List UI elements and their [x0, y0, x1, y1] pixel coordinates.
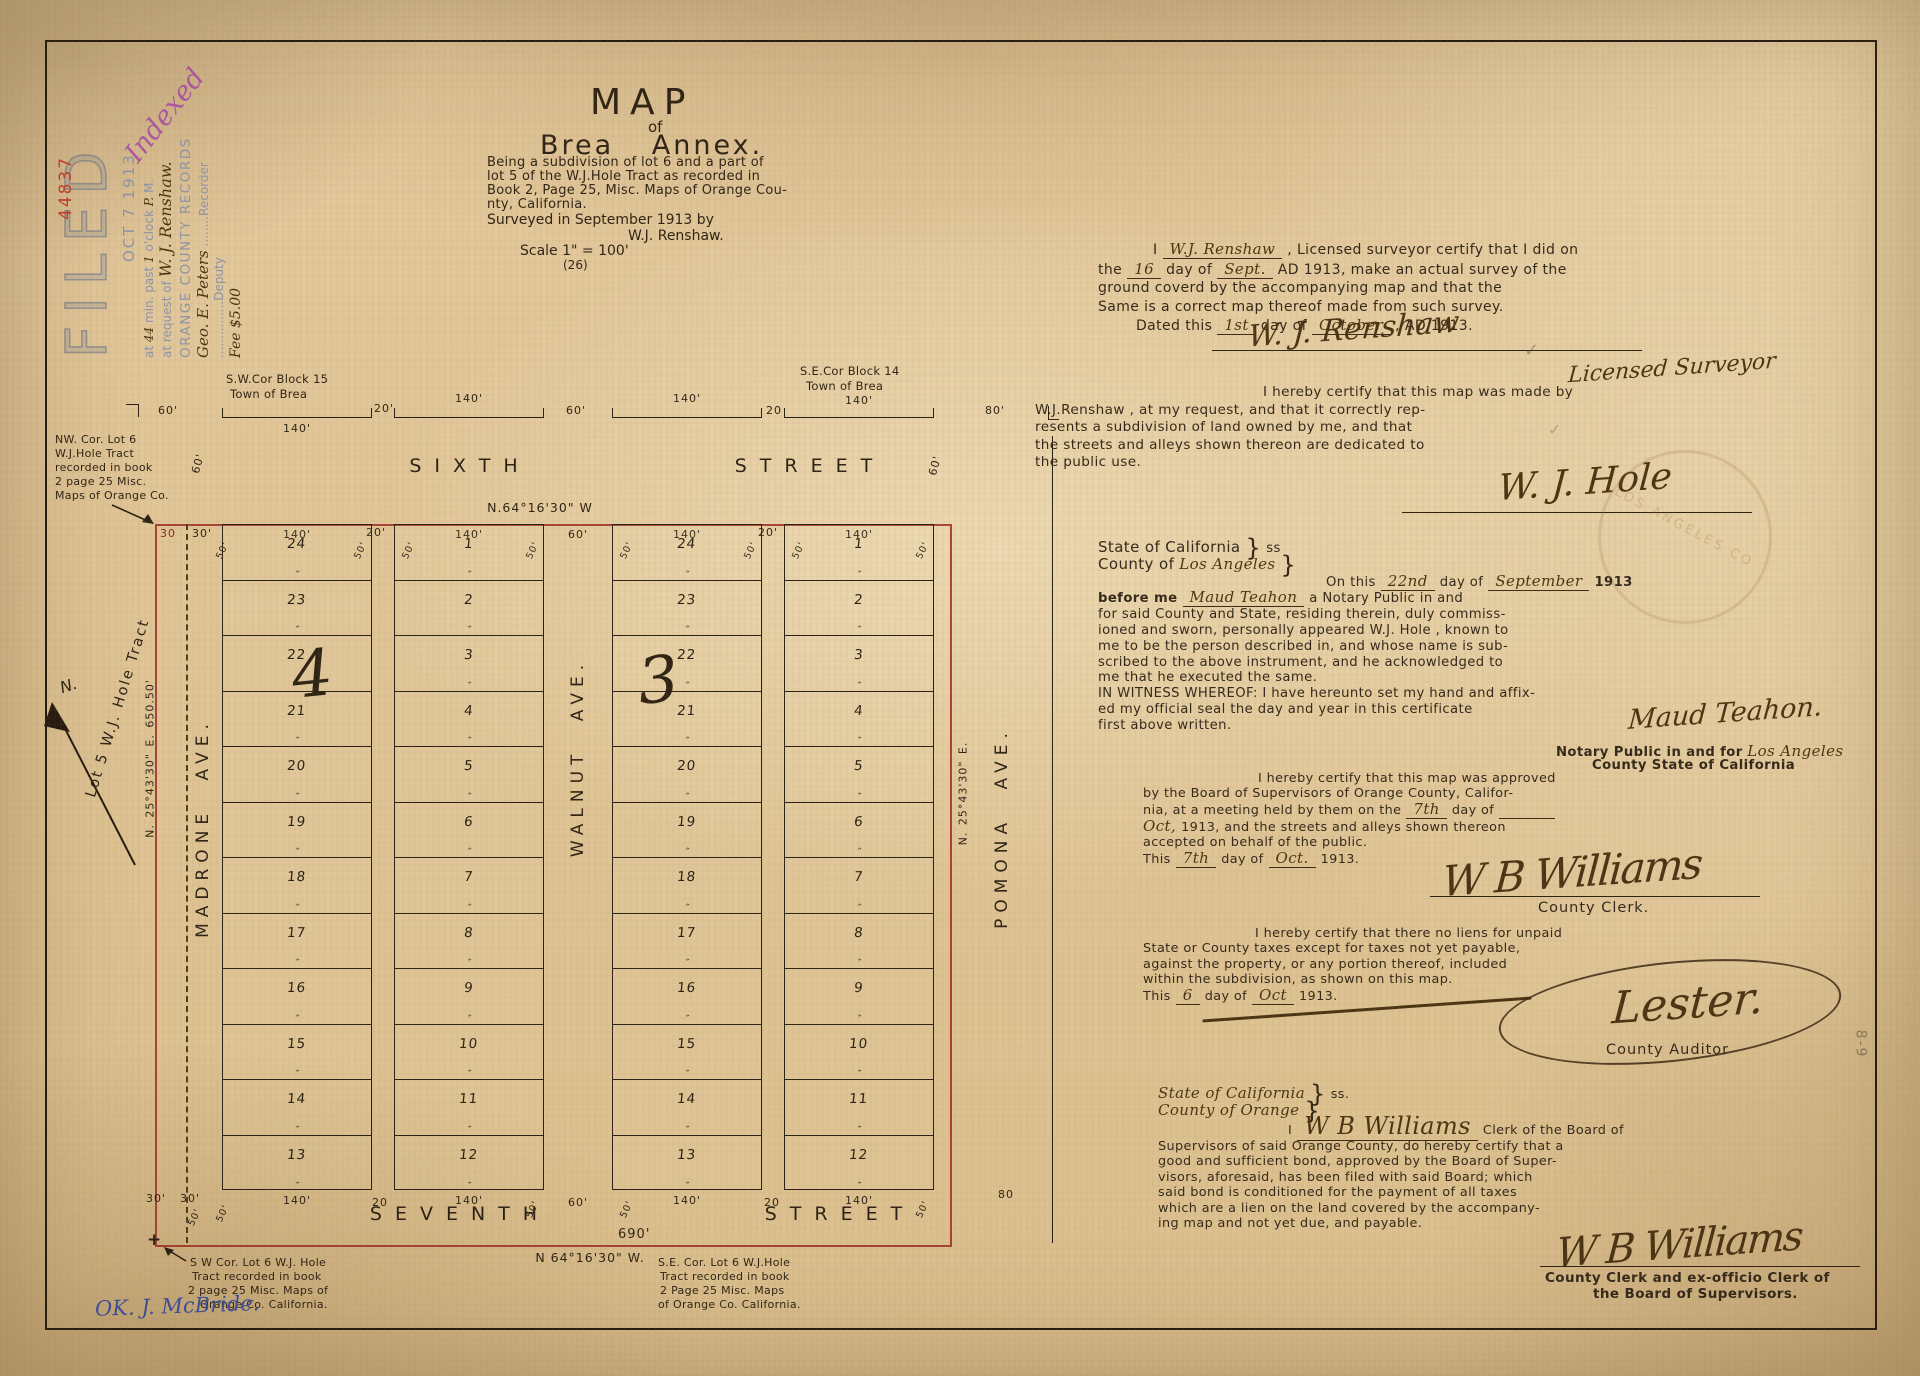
dim-bracket [394, 408, 544, 418]
map-title: MAP [590, 82, 694, 123]
cert-line: first above written. [1098, 718, 1638, 734]
corner-se-line: 2 Page 25 Misc. Maps [660, 1284, 784, 1298]
lot-number: 4 [463, 703, 474, 719]
lot-12-block-4: 12″ [395, 1136, 543, 1192]
dim-label: 140' [612, 392, 762, 405]
lot-number: 2 [463, 592, 474, 608]
lot-number: 6 [853, 814, 864, 830]
dim-label: 30 [160, 527, 176, 540]
title-desc-line: Book 2, Page 25, Misc. Maps of Orange Co… [487, 184, 787, 198]
lot-number: 1 [853, 536, 864, 552]
ditto-mark: ″ [684, 1069, 690, 1080]
cert-line: Oct,1913, and the streets and alleys sho… [1143, 819, 1561, 836]
cert-line: This6day ofOct1913. [1143, 988, 1567, 1004]
dim-bracket [612, 408, 762, 418]
cert-line: me to be the person described in, and wh… [1098, 639, 1638, 655]
lot-number: 17 [677, 925, 698, 941]
title-surveyed: Surveyed in September 1913 by [487, 212, 714, 228]
cert-line: ing map and not yet due, and payable. [1158, 1216, 1629, 1232]
dim-bracket [222, 408, 372, 418]
filed-time-label: M. [142, 179, 156, 193]
filed-fee: Fee $5.00 [228, 46, 244, 358]
filed-time-label: min. past [142, 267, 156, 323]
lot-5-block-3: 5″ [785, 747, 933, 803]
ditto-mark: ″ [856, 569, 862, 580]
ditto-mark: ″ [294, 569, 300, 580]
title-scale: Scale 1" = 100' [520, 243, 629, 259]
lot-11-block-4: 11″ [395, 1080, 543, 1136]
cert-line: against the property, or any portion the… [1143, 957, 1567, 972]
ditto-mark: ″ [466, 791, 472, 802]
cert-line: before meMaud Teahona Notary Public in a… [1098, 590, 1638, 607]
lot-16-block-4: 16″ [223, 969, 371, 1025]
ditto-mark: ″ [856, 625, 862, 636]
lot-number: 11 [459, 1091, 480, 1107]
ditto-mark: ″ [856, 1181, 862, 1192]
signature-line [1430, 896, 1760, 897]
corner-nw-line: 2 page 25 Misc. [55, 475, 146, 489]
title-desc-line: lot 5 of the W.J.Hole Tract as recorded … [487, 170, 760, 184]
lot-9-block-3: 9″ [785, 969, 933, 1025]
ditto-mark: ″ [294, 1013, 300, 1024]
cert-line: me that he executed the same. [1098, 670, 1638, 686]
ditto-mark: ″ [684, 902, 690, 913]
title-surveyor: W.J. Renshaw. [628, 228, 724, 244]
lot-3-block-3: 3″ [785, 636, 933, 692]
corner-swb15-line: S.W.Cor Block 15 [226, 372, 328, 386]
cert-line: for said County and State, residing ther… [1098, 607, 1638, 623]
cert-bond-title: County Clerk and ex-officio Clerk of [1545, 1270, 1830, 1286]
lot-number: 16 [677, 980, 698, 996]
lot-24-block-4: 24″ [223, 525, 371, 581]
dim-label: 60' [158, 404, 178, 417]
lot-number: 3 [853, 647, 864, 663]
cert-owner: I hereby certify that this map was made … [1035, 384, 1578, 472]
ditto-mark: ″ [684, 569, 690, 580]
ditto-mark: ″ [684, 847, 690, 858]
filed-requester: W. J. Renshaw. [156, 161, 175, 277]
ditto-mark: ″ [856, 1013, 862, 1024]
lot-number: 23 [287, 592, 308, 608]
cert-auditor-title: County Auditor [1606, 1042, 1729, 1058]
cert-line: State or County taxes except for taxes n… [1143, 941, 1567, 956]
ditto-mark: ″ [466, 1069, 472, 1080]
title-sheet-number: (26) [563, 258, 588, 272]
ditto-mark: ″ [466, 1013, 472, 1024]
cert-notary-title: County State of California [1592, 758, 1795, 773]
cert-line: scribed to the above instrument, and he … [1098, 655, 1638, 671]
ditto-mark: ″ [684, 625, 690, 636]
dim-label: 140' [784, 394, 934, 407]
lot-8-block-3: 8″ [785, 914, 933, 970]
ditto-mark: ″ [294, 847, 300, 858]
lot-14-block-4: 14″ [223, 1080, 371, 1136]
lot-number: 8 [853, 925, 864, 941]
street-label-sixth: STREET [650, 455, 970, 477]
cert-line: which are a lien on the land covered by … [1158, 1201, 1629, 1217]
block-4-west-column: 24″23″22″21″20″19″18″17″16″15″14″13″ [222, 524, 372, 1190]
corner-seb14-line: Town of Brea [806, 379, 883, 393]
dim-label: 140' [222, 422, 372, 435]
lot-13-block-3: 13″ [613, 1136, 761, 1192]
cert-line: by the Board of Supervisors of Orange Co… [1143, 787, 1561, 802]
dim-label: 60' [566, 404, 586, 417]
lot-20-block-3: 20″ [613, 747, 761, 803]
cert-line: the streets and alleys shown thereon are… [1035, 437, 1578, 455]
lot-number: 12 [459, 1147, 480, 1163]
lot-number: 5 [463, 758, 474, 774]
title-desc-line: nty, California. [487, 198, 587, 212]
block-3-west-column: 24″23″22″21″20″19″18″17″16″15″14″13″ [612, 524, 762, 1190]
filed-time-meridiem: P. [142, 197, 156, 206]
ditto-mark: ″ [294, 1069, 300, 1080]
lot-19-block-4: 19″ [223, 803, 371, 859]
ditto-mark: ″ [684, 680, 690, 691]
lot-7-block-3: 7″ [785, 858, 933, 914]
corner-se-line: of Orange Co. California. [658, 1298, 801, 1312]
lot-number: 14 [677, 1091, 698, 1107]
ditto-mark: ″ [466, 902, 472, 913]
cert-bond-title: the Board of Supervisors. [1593, 1286, 1798, 1302]
lot-number: 1 [463, 536, 474, 552]
lot-18-block-3: 18″ [613, 858, 761, 914]
cert-auditor: I hereby certify that there no liens for… [1143, 926, 1567, 1004]
filed-recorder-label: ........Recorder [197, 162, 211, 246]
lot-23-block-3: 23″ [613, 581, 761, 637]
cert-line: IN WITNESS WHEREOF: I have hereunto set … [1098, 686, 1638, 702]
dim-label: 30' [192, 527, 212, 540]
cert-supervisors-title: County Clerk. [1538, 900, 1649, 916]
lot-12-block-3: 12″ [785, 1136, 933, 1192]
signature-lester: Lester. [1610, 973, 1765, 1035]
lot-10-block-4: 10″ [395, 1025, 543, 1081]
corner-swb15-line: Town of Brea [230, 387, 307, 401]
cert-line: the public use. [1035, 454, 1578, 472]
ditto-mark: ″ [684, 791, 690, 802]
filed-time-label: o'clock [142, 210, 156, 251]
lot-2-block-3: 2″ [785, 581, 933, 637]
ditto-mark: ″ [856, 736, 862, 747]
cert-line: within the subdivision, as shown on this… [1143, 972, 1567, 987]
ditto-mark: ″ [466, 680, 472, 691]
cert-line: nia, at a meeting held by them on the7th… [1143, 802, 1561, 820]
corner-se-line: S.E. Cor. Lot 6 W.J.Hole [658, 1256, 790, 1270]
ditto-mark: ″ [466, 625, 472, 636]
lot-4-block-3: 4″ [785, 692, 933, 748]
section-line-east [1052, 436, 1053, 1243]
lot-10-block-3: 10″ [785, 1025, 933, 1081]
lot-number: 16 [287, 980, 308, 996]
corner-nw-line: NW. Cor. Lot 6 [55, 433, 136, 447]
ditto-mark: ″ [294, 736, 300, 747]
lot-number: 18 [287, 869, 308, 885]
dim-bracket [784, 408, 934, 418]
pencil-check: ✓ [1548, 420, 1561, 439]
lot-24-block-3: 24″ [613, 525, 761, 581]
ditto-mark: ″ [294, 1181, 300, 1192]
corner-nw-arrow [108, 500, 160, 528]
block-3-east-column: 1″2″3″4″5″6″7″8″9″10″11″12″ [784, 524, 934, 1190]
lot-number: 22 [677, 647, 698, 663]
cert-line: Supervisors of said Orange County, do he… [1158, 1139, 1629, 1155]
ditto-mark: ″ [856, 902, 862, 913]
corner-sw-arrow [160, 1246, 190, 1264]
cert-line: the16day ofSept.AD 1913, make an actual … [1098, 260, 1583, 280]
lot-number: 3 [463, 647, 474, 663]
lot-6-block-3: 6″ [785, 803, 933, 859]
block-number-3: 3 [634, 642, 682, 720]
lot-1-block-3: 1″ [785, 525, 933, 581]
corner-se-line: Tract recorded in book [660, 1270, 790, 1284]
ditto-mark: ″ [294, 1124, 300, 1135]
signature-line [1540, 1266, 1860, 1267]
lot-number: 18 [677, 869, 698, 885]
filed-time-label: at [142, 346, 156, 358]
ditto-mark: ″ [684, 1124, 690, 1135]
filed-request-label: at request of [160, 281, 174, 358]
file-number: 44837 [56, 142, 76, 234]
title-desc-line: Being a subdivision of lot 6 and a part … [487, 156, 764, 170]
lot-number: 4 [853, 703, 864, 719]
lot-number: 24 [287, 536, 308, 552]
corner-sw-line: Tract recorded in book [192, 1270, 322, 1284]
cert-notary: State of California}ss County ofLos Ange… [1098, 540, 1638, 734]
street-label-pomona: POMONA AVE. [992, 593, 1012, 1063]
filed-recorder-name: Geo. E. Peters [194, 250, 212, 358]
cert-line: I hereby certify that this map was appro… [1258, 772, 1561, 787]
cert-line: ground coverd by the accompanying map an… [1098, 279, 1583, 298]
street-label-seventh: SEVENTH [310, 1203, 610, 1225]
cert-line: said bond is conditioned for the payment… [1158, 1185, 1629, 1201]
lot-18-block-4: 18″ [223, 858, 371, 914]
ditto-mark: ″ [856, 680, 862, 691]
lot-number: 5 [853, 758, 864, 774]
lot-14-block-3: 14″ [613, 1080, 761, 1136]
ditto-mark: ″ [294, 902, 300, 913]
lot-number: 8 [463, 925, 474, 941]
corner-nw-line: recorded in book [55, 461, 153, 475]
lot-9-block-4: 9″ [395, 969, 543, 1025]
lot-number: 6 [463, 814, 474, 830]
dim-label: 30' [146, 1192, 166, 1205]
lot-20-block-4: 20″ [223, 747, 371, 803]
ditto-mark: ″ [466, 736, 472, 747]
corner-nw-line: W.J.Hole Tract [55, 447, 134, 461]
lot-number: 2 [853, 592, 864, 608]
madrone-centerline [186, 524, 188, 1243]
dim-label: 140' [394, 392, 544, 405]
lot-19-block-3: 19″ [613, 803, 761, 859]
cert-line: good and sufficient bond, approved by th… [1158, 1154, 1629, 1170]
block-4-east-column: 1″2″3″4″5″6″7″8″9″10″11″12″ [394, 524, 544, 1190]
lot-number: 23 [677, 592, 698, 608]
dim-label: 20' [374, 402, 394, 415]
corner-seb14-line: S.E.Cor Block 14 [800, 364, 900, 378]
block-number-4: 4 [288, 636, 336, 714]
ditto-mark: ″ [684, 736, 690, 747]
ditto-mark: ″ [466, 847, 472, 858]
filed-time-minutes: 44 [142, 327, 156, 342]
signature-line [1212, 350, 1642, 351]
lot-number: 24 [677, 536, 698, 552]
lot-number: 15 [287, 1036, 308, 1052]
lot-number: 10 [849, 1036, 870, 1052]
ditto-mark: ″ [466, 958, 472, 969]
bearing-pomona: N. 25°43'30" E. [957, 694, 970, 894]
dim-corner-mark [126, 404, 139, 417]
street-label-walnut: WALNUT AVE. [568, 508, 588, 1008]
dim-label: 80' [985, 404, 1005, 417]
lot-number: 7 [463, 869, 474, 885]
lot-2-block-4: 2″ [395, 581, 543, 637]
lot-16-block-3: 16″ [613, 969, 761, 1025]
lot-6-block-4: 6″ [395, 803, 543, 859]
cert-line: visors, aforesaid, has been filed with s… [1158, 1170, 1629, 1186]
lot-4-block-4: 4″ [395, 692, 543, 748]
lot-number: 12 [849, 1147, 870, 1163]
lot-number: 17 [287, 925, 308, 941]
ditto-mark: ″ [856, 847, 862, 858]
filed-deputy-label: ...............Deputy [212, 46, 226, 358]
lot-15-block-4: 15″ [223, 1025, 371, 1081]
lot-17-block-4: 17″ [223, 914, 371, 970]
lot-number: 9 [463, 980, 474, 996]
ditto-mark: ″ [466, 1124, 472, 1135]
dim-label: 20 [766, 404, 782, 417]
lot-number: 14 [287, 1091, 308, 1107]
bearing-sixth: N.64°16'30" W [390, 500, 690, 515]
lot-11-block-3: 11″ [785, 1080, 933, 1136]
cert-line: resents a subdivision of land owned by m… [1035, 419, 1578, 437]
cert-line: IW.J. Renshaw, Licensed surveyor certify… [1153, 240, 1583, 260]
lot-3-block-4: 3″ [395, 636, 543, 692]
map-sheet: FILED OCT 7 1913 at 44 min. past 1 o'clo… [0, 0, 1920, 1376]
lot-13-block-4: 13″ [223, 1136, 371, 1192]
lot-number: 20 [287, 758, 308, 774]
cert-line: W.J.Renshaw , at my request, and that it… [1035, 402, 1578, 420]
ditto-mark: ″ [856, 1124, 862, 1135]
lot-5-block-4: 5″ [395, 747, 543, 803]
lot-number: 19 [677, 814, 698, 830]
lot-number: 9 [853, 980, 864, 996]
ditto-mark: ″ [684, 958, 690, 969]
lot-15-block-3: 15″ [613, 1025, 761, 1081]
page-mark: 8-9 [1852, 1030, 1868, 1059]
ditto-mark: ″ [856, 791, 862, 802]
lot-number: 13 [287, 1147, 308, 1163]
lot-number: 15 [677, 1036, 698, 1052]
dim-label: 30' [180, 1192, 200, 1205]
ditto-mark: ″ [466, 1181, 472, 1192]
cert-line: IW B WilliamsClerk of the Board of [1288, 1119, 1629, 1139]
cert-bond: State of California}ss. County of Orange… [1158, 1086, 1629, 1232]
ditto-mark: ″ [466, 569, 472, 580]
ditto-mark: ″ [856, 1069, 862, 1080]
ditto-mark: ″ [684, 1013, 690, 1024]
street-label-sixth: SIXTH [340, 455, 600, 477]
lot-23-block-4: 23″ [223, 581, 371, 637]
cert-line: ioned and sworn, personally appeared W.J… [1098, 623, 1638, 639]
lot-number: 10 [459, 1036, 480, 1052]
corner-sw-line: S W Cor. Lot 6 W.J. Hole [190, 1256, 326, 1270]
lot-number: 7 [853, 869, 864, 885]
lot-number: 20 [677, 758, 698, 774]
lot-number: 11 [849, 1091, 870, 1107]
lot-17-block-3: 17″ [613, 914, 761, 970]
ditto-mark: ″ [294, 625, 300, 636]
ditto-mark: ″ [856, 958, 862, 969]
pencil-check: ✓ [1524, 340, 1539, 361]
dim-label-690: 690' [618, 1227, 650, 1242]
cert-line: I hereby certify that this map was made … [1263, 384, 1578, 402]
lot-7-block-4: 7″ [395, 858, 543, 914]
ditto-mark: ″ [294, 791, 300, 802]
lot-number: 19 [287, 814, 308, 830]
dim-label: 80 [998, 1188, 1014, 1201]
ditto-mark: ″ [294, 958, 300, 969]
lot-1-block-4: 1″ [395, 525, 543, 581]
ditto-mark: ″ [684, 1181, 690, 1192]
filed-time-hour: 1 [142, 255, 156, 263]
lot-21-block-3: 21″ [613, 692, 761, 748]
cert-line: On this22ndday ofSeptember1913 [1326, 574, 1638, 591]
lot-8-block-4: 8″ [395, 914, 543, 970]
street-label-seventh: STREET [690, 1203, 990, 1225]
cert-line: ed my official seal the day and year in … [1098, 702, 1638, 718]
cert-line: I hereby certify that there no liens for… [1255, 926, 1567, 941]
lot-number: 13 [677, 1147, 698, 1163]
street-label-madrone: MADRONE AVE. [193, 598, 213, 1058]
